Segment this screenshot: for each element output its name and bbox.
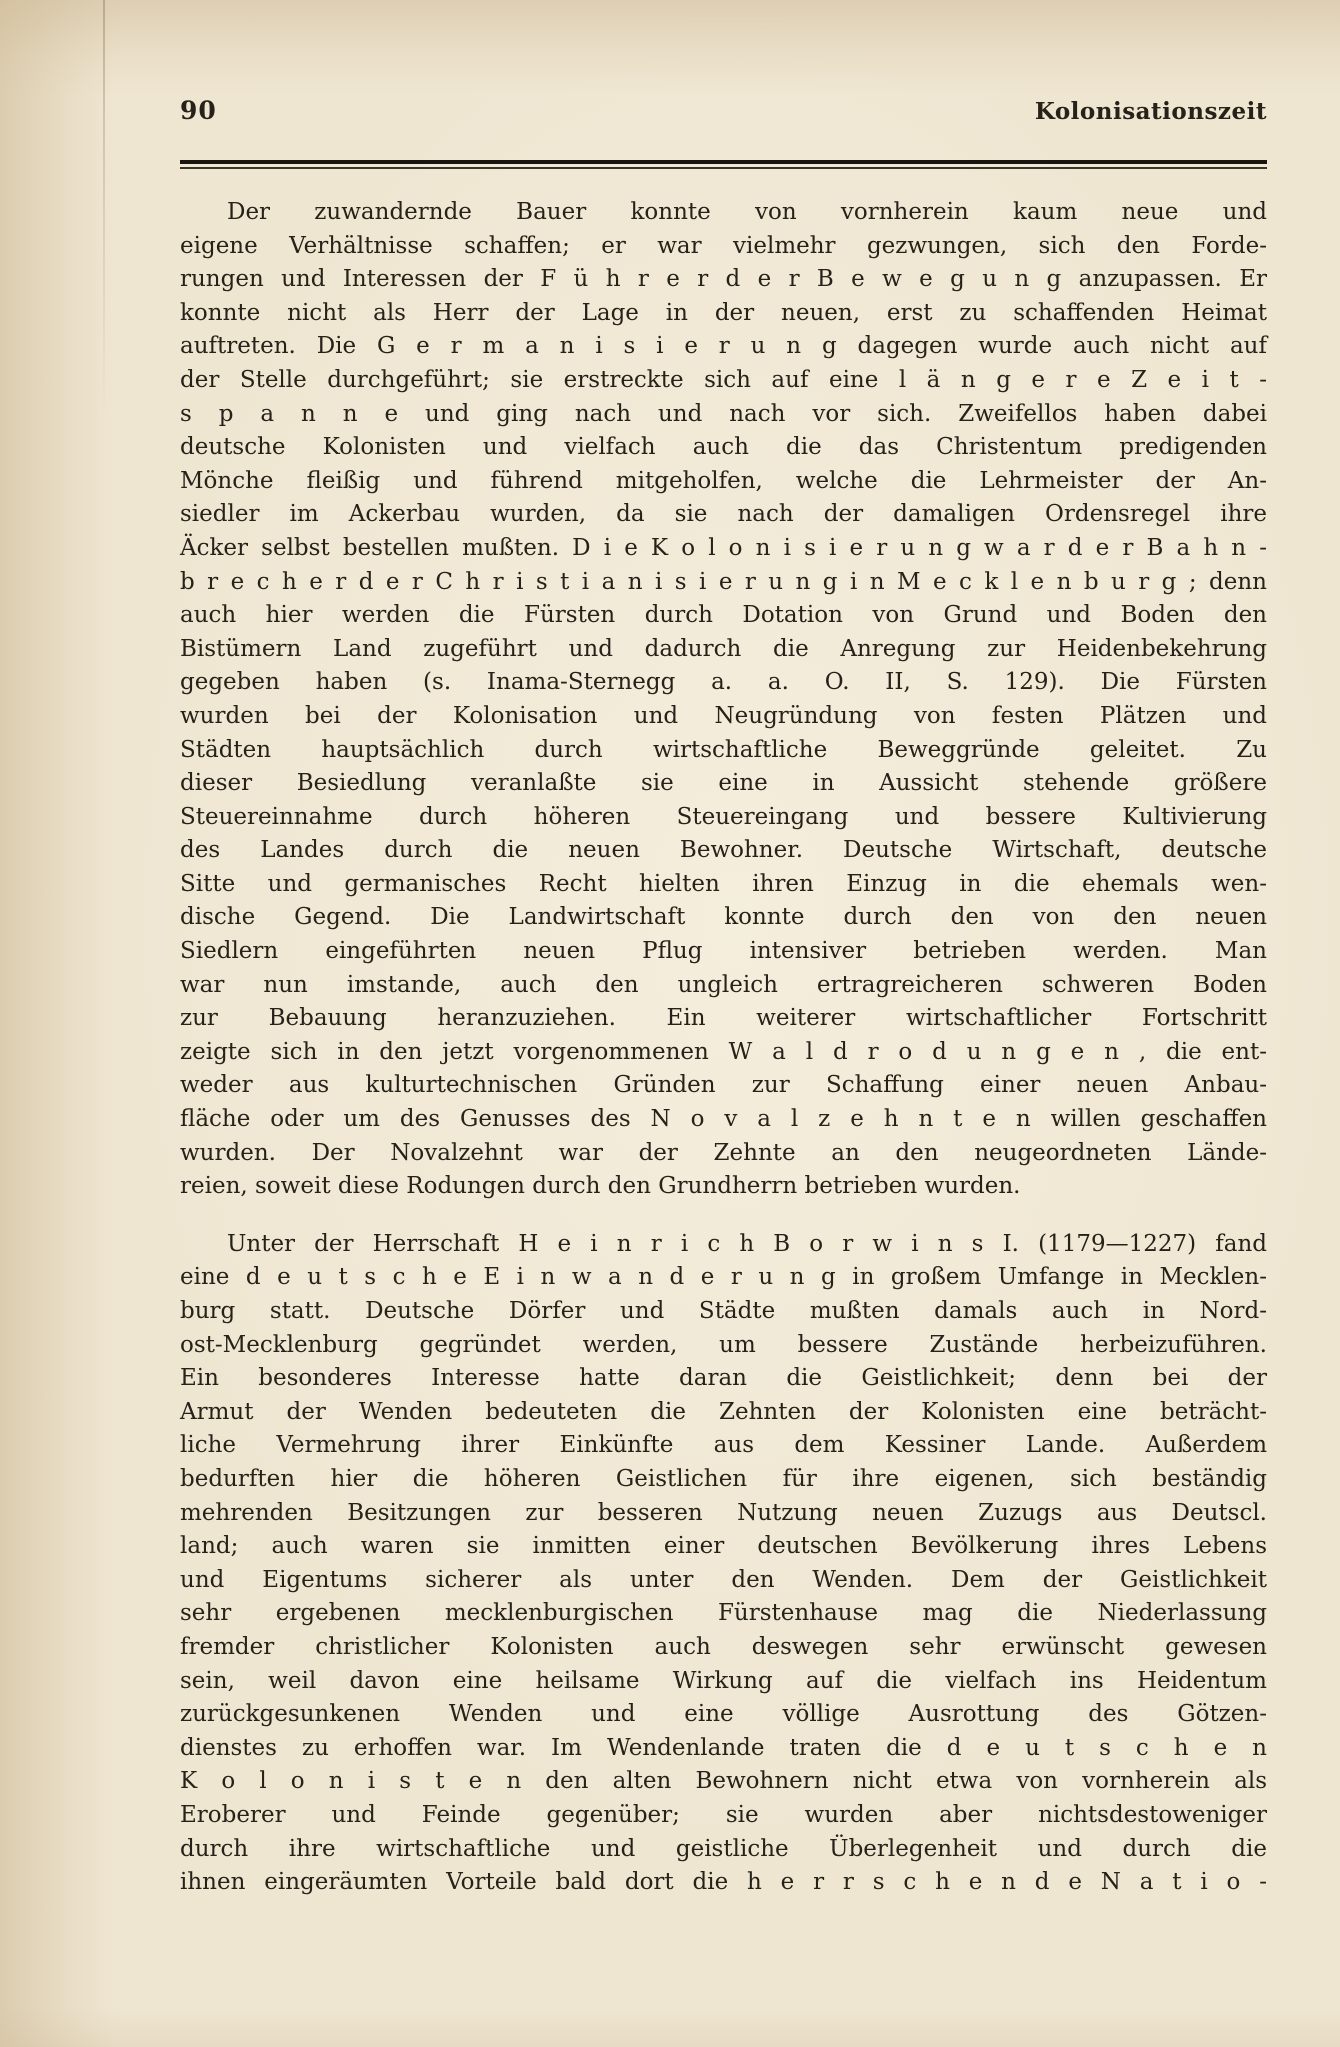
paragraph: Der zuwandernde Bauer konnte von vornher… [180, 196, 1267, 1204]
text-line: reien, soweit diese Rodungen durch den G… [180, 1170, 1267, 1204]
text-line: Mönche fleißig und führend mitgeholfen, … [180, 465, 1267, 499]
text-line: Steuereinnahme durch höheren Steuereinga… [180, 801, 1267, 835]
text-line: burg statt. Deutsche Dörfer und Städte m… [180, 1295, 1267, 1329]
text-line: K o l o n i s t e n den alten Bewohnern … [180, 1765, 1267, 1799]
text-line: Armut der Wenden bedeuteten die Zehnten … [180, 1396, 1267, 1430]
text-line: weder aus kulturtechnischen Gründen zur … [180, 1069, 1267, 1103]
text-line: Bistümern Land zugeführt und dadurch die… [180, 633, 1267, 667]
text-line: war nun imstande, auch den ungleich ertr… [180, 969, 1267, 1003]
text-line: dienstes zu erhoffen war. Im Wendenlande… [180, 1732, 1267, 1766]
paragraph: Unter der Herrschaft H e i n r i c h B o… [180, 1228, 1267, 1900]
scan-edge-top [0, 0, 1340, 95]
text-line: Städten hauptsächlich durch wirtschaftli… [180, 734, 1267, 768]
text-line: rungen und Interessen der F ü h r e r d … [180, 263, 1267, 297]
text-line: auch hier werden die Fürsten durch Dotat… [180, 599, 1267, 633]
scan-edge-bottom [0, 2007, 1340, 2047]
page-header: 90 Kolonisationszeit [180, 96, 1267, 125]
text-line: fremder christlicher Kolonisten auch des… [180, 1631, 1267, 1665]
text-line: Unter der Herrschaft H e i n r i c h B o… [180, 1228, 1267, 1262]
running-title: Kolonisationszeit [1035, 98, 1267, 125]
text-line: siedler im Ackerbau wurden, da sie nach … [180, 498, 1267, 532]
text-line: b r e c h e r d e r C h r i s t i a n i … [180, 566, 1267, 600]
text-line: wurden. Der Novalzehnt war der Zehnte an… [180, 1137, 1267, 1171]
text-line: eine d e u t s c h e E i n w a n d e r u… [180, 1261, 1267, 1295]
text-line: ost-Mecklenburg gegründet werden, um bes… [180, 1329, 1267, 1363]
text-line: s p a n n e und ging nach und nach vor s… [180, 398, 1267, 432]
text-line: deutsche Kolonisten und vielfach auch di… [180, 431, 1267, 465]
text-line: land; auch waren sie inmitten einer deut… [180, 1530, 1267, 1564]
text-line: Siedlern eingeführten neuen Pflug intens… [180, 935, 1267, 969]
text-line: zeigte sich in den jetzt vorgenommenen W… [180, 1036, 1267, 1070]
text-line: zurückgesunkenen Wenden und eine völlige… [180, 1698, 1267, 1732]
book-page: 90 Kolonisationszeit Der zuwandernde Bau… [0, 0, 1340, 2047]
header-rule-thick [180, 160, 1267, 164]
text-line: Sitte und germanisches Recht hielten ihr… [180, 868, 1267, 902]
text-line: mehrenden Besitzungen zur besseren Nutzu… [180, 1497, 1267, 1531]
text-line: Eroberer und Feinde gegenüber; sie wurde… [180, 1799, 1267, 1833]
text-line: Äcker selbst bestellen mußten. D i e K o… [180, 532, 1267, 566]
text-line: dieser Besiedlung veranlaßte sie eine in… [180, 767, 1267, 801]
text-line: fläche oder um des Genusses des N o v a … [180, 1103, 1267, 1137]
header-rule-thin [180, 167, 1267, 169]
header-rule [180, 160, 1267, 169]
text-line: sein, weil davon eine heilsame Wirkung a… [180, 1665, 1267, 1699]
scan-edge-left [0, 0, 115, 2047]
text-line: zur Bebauung heranzuziehen. Ein weiterer… [180, 1002, 1267, 1036]
text-line: bedurften hier die höheren Geistlichen f… [180, 1463, 1267, 1497]
text-line: durch ihre wirtschaftliche und geistlich… [180, 1833, 1267, 1867]
text-line: und Eigentums sicherer als unter den Wen… [180, 1564, 1267, 1598]
text-line: konnte nicht als Herr der Lage in der ne… [180, 297, 1267, 331]
text-line: dische Gegend. Die Landwirtschaft konnte… [180, 901, 1267, 935]
scan-crease [103, 0, 105, 420]
text-line: sehr ergebenen mecklenburgischen Fürsten… [180, 1597, 1267, 1631]
text-line: des Landes durch die neuen Bewohner. Deu… [180, 834, 1267, 868]
text-line: liche Vermehrung ihrer Einkünfte aus dem… [180, 1429, 1267, 1463]
text-line: Ein besonderes Interesse hatte daran die… [180, 1362, 1267, 1396]
text-line: Der zuwandernde Bauer konnte von vornher… [180, 196, 1267, 230]
body-text: Der zuwandernde Bauer konnte von vornher… [180, 196, 1267, 1900]
page-number: 90 [180, 96, 217, 125]
text-line: der Stelle durchgeführt; sie erstreckte … [180, 364, 1267, 398]
text-line: eigene Verhältnisse schaffen; er war vie… [180, 230, 1267, 264]
text-line: auftreten. Die G e r m a n i s i e r u n… [180, 330, 1267, 364]
text-line: gegeben haben (s. Inama-Sternegg a. a. O… [180, 666, 1267, 700]
text-line: ihnen eingeräumten Vorteile bald dort di… [180, 1866, 1267, 1900]
text-line: wurden bei der Kolonisation und Neugründ… [180, 700, 1267, 734]
